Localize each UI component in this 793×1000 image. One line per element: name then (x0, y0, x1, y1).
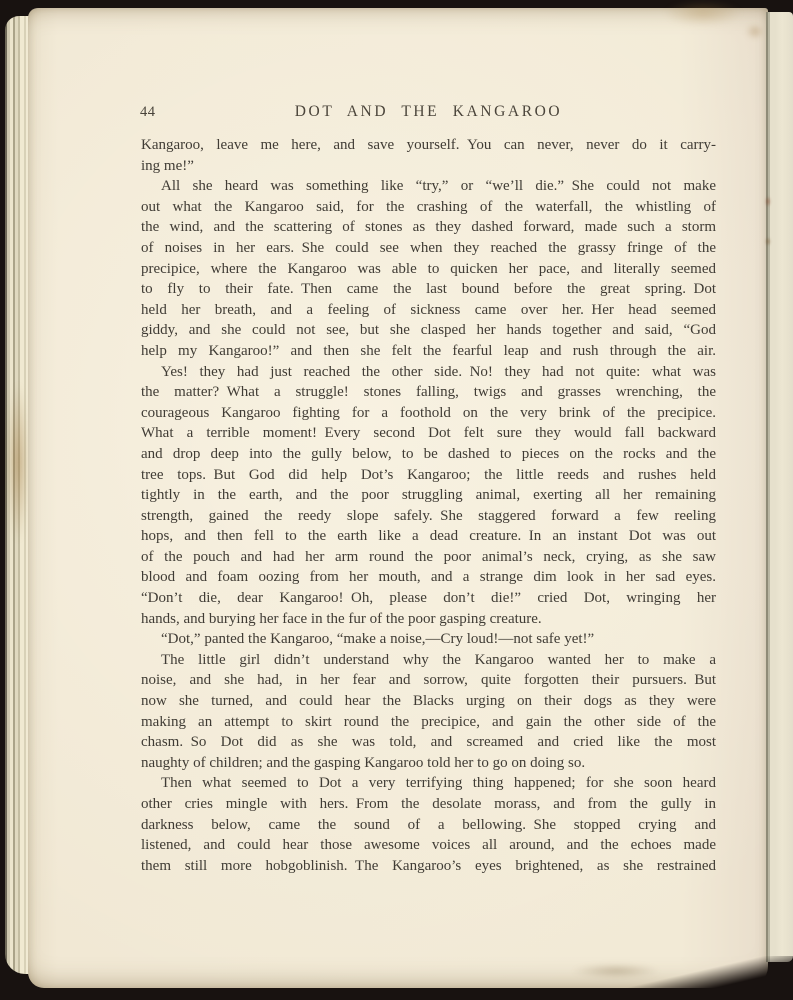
text-line: precipice, where the Kangaroo was able t… (141, 259, 716, 280)
text-line: listened, and could hear those awesome v… (141, 835, 716, 856)
page-curl-shadow (603, 956, 793, 1000)
paragraph: “Dot,” panted the Kangaroo, “make a nois… (141, 629, 716, 650)
text-line: Kangaroo, leave me here, and save yourse… (141, 135, 716, 156)
text-line: “Don’t die, dear Kangaroo! Oh, please do… (141, 588, 716, 609)
foxing-stain (746, 24, 764, 39)
fore-edge-stain (6, 355, 30, 570)
text-line: tree tops. But God did help Dot’s Kangar… (141, 465, 716, 486)
text-line: them still more hobgoblinish. The Kangar… (141, 856, 716, 877)
text-line: and drop deep into the gully below, to b… (141, 444, 716, 465)
foxing-stain (765, 237, 771, 246)
text-line: Then what seemed to Dot a very terrifyin… (141, 773, 716, 794)
text-line: held her breath, and a feeling of sickne… (141, 300, 716, 321)
text-line: ing me!” (141, 156, 716, 177)
text-line: blood and foam oozing from her mouth, an… (141, 567, 716, 588)
book-page: 44 DOT AND THE KANGAROO Kangaroo, leave … (28, 8, 768, 988)
text-line: The little girl didn’t understand why th… (141, 650, 716, 671)
text-line: naughty of children; and the gasping Kan… (141, 753, 716, 774)
foxing-stain (664, 0, 742, 26)
text-line: to fly to their fate. Then came the last… (141, 279, 716, 300)
text-line: What a terrible moment! Every second Dot… (141, 423, 716, 444)
text-line: now she turned, and could hear the Black… (141, 691, 716, 712)
text-line: noise, and she had, in her fear and sorr… (141, 670, 716, 691)
foxing-stain (572, 964, 660, 978)
text-line: giddy, and she could not see, but she cl… (141, 320, 716, 341)
foxing-stain (765, 196, 771, 207)
text-line: darkness below, came the sound of a bell… (141, 815, 716, 836)
text-line: the matter? What a struggle! stones fall… (141, 382, 716, 403)
paragraph: All she heard was something like “try,” … (141, 176, 716, 361)
text-line: out what the Kangaroo said, for the cras… (141, 197, 716, 218)
text-line: other cries mingle with hers. From the d… (141, 794, 716, 815)
adjacent-page-edge (766, 12, 793, 962)
text-line: strength, gained the reedy slope safely.… (141, 506, 716, 527)
text-line: of noises in her ears. She could see whe… (141, 238, 716, 259)
text-line: “Dot,” panted the Kangaroo, “make a nois… (141, 629, 716, 650)
text-line: help my Kangaroo!” and then she felt the… (141, 341, 716, 362)
paragraph: Yes! they had just reached the other sid… (141, 362, 716, 630)
text-line: the wind, and the scattering of stones a… (141, 217, 716, 238)
paragraph: Kangaroo, leave me here, and save yourse… (141, 135, 716, 176)
text-line: tightly in the earth, and the poor strug… (141, 485, 716, 506)
text-line: All she heard was something like “try,” … (141, 176, 716, 197)
text-line: making an attempt to skirt round the pre… (141, 712, 716, 733)
text-line: hands, and burying her face in the fur o… (141, 609, 716, 630)
text-line: Yes! they had just reached the other sid… (141, 362, 716, 383)
running-header: DOT AND THE KANGAROO (141, 103, 716, 121)
page-body-text: Kangaroo, leave me here, and save yourse… (141, 135, 716, 876)
text-line: courageous Kangaroo fighting for a footh… (141, 403, 716, 424)
text-line: hops, and then fell to the earth like a … (141, 526, 716, 547)
book-page-scan: { "surface": { "background_color": "#181… (0, 0, 793, 1000)
paragraph: Then what seemed to Dot a very terrifyin… (141, 773, 716, 876)
text-line: chasm. So Dot did as she was told, and s… (141, 732, 716, 753)
text-line: of the pouch and had her arm round the p… (141, 547, 716, 568)
paragraph: The little girl didn’t understand why th… (141, 650, 716, 774)
